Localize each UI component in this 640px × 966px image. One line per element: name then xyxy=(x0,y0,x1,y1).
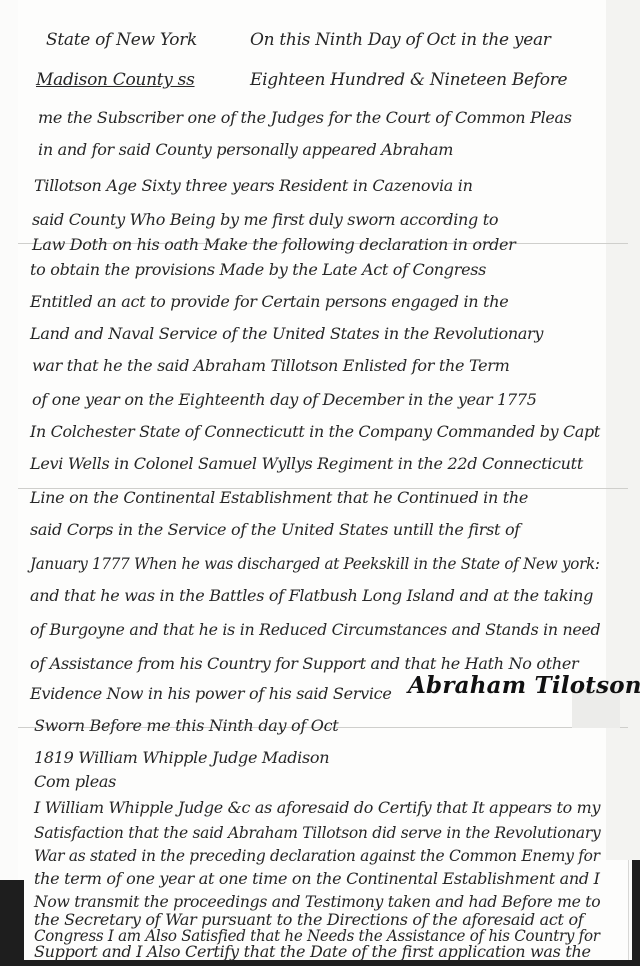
certificate-line: Support and I Also Certify that the Date… xyxy=(34,944,591,960)
declaration-line: Evidence Now in his power of his said Se… xyxy=(30,686,392,702)
scan-background-left xyxy=(0,880,24,966)
declaration-line: Land and Naval Service of the United Sta… xyxy=(30,326,543,342)
declaration-line: Levi Wells in Colonel Samuel Wyllys Regi… xyxy=(30,456,583,472)
scan-background-right xyxy=(632,860,640,966)
venue-state: State of New York xyxy=(46,32,197,49)
certificate-line: Now transmit the proceedings and Testimo… xyxy=(34,894,600,910)
declaration-line: Eighteen Hundred & Nineteen Before xyxy=(250,72,567,89)
declaration-line: in and for said County personally appear… xyxy=(38,142,453,158)
paper-edge-strip xyxy=(606,0,640,860)
declaration-line: Entitled an act to provide for Certain p… xyxy=(30,294,508,310)
declaration-line: me the Subscriber one of the Judges for … xyxy=(38,110,572,126)
declaration-line: said Corps in the Service of the United … xyxy=(30,522,520,538)
venue-county: Madison County ss xyxy=(36,72,195,89)
declaration-line: Tillotson Age Sixty three years Resident… xyxy=(34,178,473,194)
declaration-line: January 1777 When he was discharged at P… xyxy=(30,556,600,572)
declaration-line: Law Doth on his oath Make the following … xyxy=(32,237,516,253)
jurat-line: 1819 William Whipple Judge Madison xyxy=(34,750,329,766)
declaration-line: war that he the said Abraham Tillotson E… xyxy=(32,358,509,374)
declaration-line: of one year on the Eighteenth day of Dec… xyxy=(32,392,537,408)
jurat-line: Sworn Before me this Ninth day of Oct xyxy=(34,718,338,734)
jurat-line: Com pleas xyxy=(34,774,116,790)
declaration-line: said County Who Being by me first duly s… xyxy=(32,212,498,228)
declaration-line: of Assistance from his Country for Suppo… xyxy=(30,656,578,672)
declaration-line: On this Ninth Day of Oct in the year xyxy=(250,32,551,49)
certificate-line: Satisfaction that the said Abraham Tillo… xyxy=(34,825,600,841)
certificate-line: the term of one year at one time on the … xyxy=(34,871,600,887)
declaration-line: of Burgoyne and that he is in Reduced Ci… xyxy=(30,622,600,638)
declaration-line: to obtain the provisions Made by the Lat… xyxy=(30,262,486,278)
certificate-line: I William Whipple Judge &c as aforesaid … xyxy=(34,800,600,816)
declaration-line: In Colchester State of Connecticutt in t… xyxy=(30,424,600,440)
document-page: State of New York Madison County ss On t… xyxy=(0,0,640,966)
certificate-line: War as stated in the preceding declarati… xyxy=(34,848,600,864)
declaration-line: Line on the Continental Establishment th… xyxy=(30,490,528,506)
declaration-line: and that he was in the Battles of Flatbu… xyxy=(30,588,593,604)
declarant-signature: Abraham Tilotson xyxy=(408,672,640,699)
